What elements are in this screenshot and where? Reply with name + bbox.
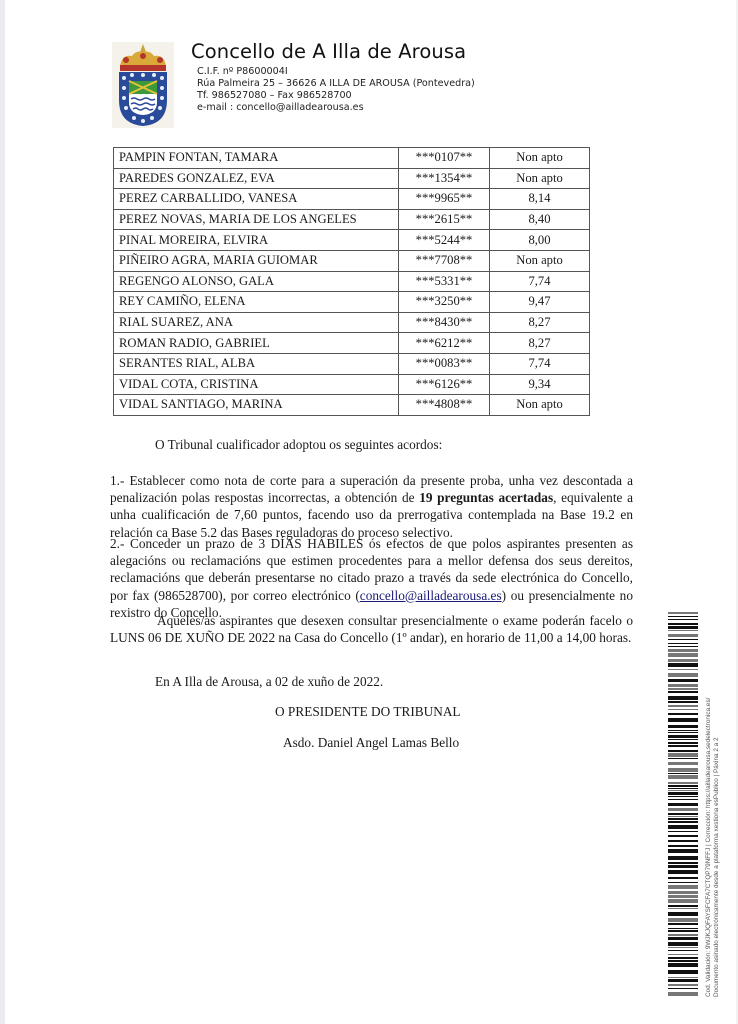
signer-title: O PRESIDENTE DO TRIBUNAL	[275, 704, 461, 720]
agreement-1: 1.- Establecer como nota de corte para a…	[110, 472, 633, 541]
table-row: VIDAL COTA, CRISTINA***6126**9,34	[114, 374, 590, 395]
table-row: SERANTES RIAL, ALBA***0083**7,74	[114, 353, 590, 374]
score-cell: 8,27	[490, 333, 590, 354]
table-row: PAREDES GONZALEZ, EVA***1354**Non apto	[114, 168, 590, 189]
results-table: PAMPIN FONTAN, TAMARA***0107**Non aptoPA…	[113, 147, 590, 416]
table-row: PEREZ NOVAS, MARIA DE LOS ANGELES***2615…	[114, 209, 590, 230]
table-row: VIDAL SANTIAGO, MARINA***4808**Non apto	[114, 395, 590, 416]
score-cell: 8,27	[490, 312, 590, 333]
validation-line-2: Documento asinado electrónicamente desde…	[713, 647, 721, 997]
score-cell: 8,40	[490, 209, 590, 230]
name-cell: PINAL MOREIRA, ELVIRA	[114, 230, 399, 251]
table-row: ROMAN RADIO, GABRIEL***6212**8,27	[114, 333, 590, 354]
dni-cell: ***9965**	[399, 189, 490, 210]
dni-cell: ***6126**	[399, 374, 490, 395]
org-cif: C.I.F. nº P8600004I	[197, 66, 475, 78]
name-cell: REGENGO ALONSO, GALA	[114, 271, 399, 292]
validation-text: Cod. Validación: 9WJKJQFAYSFCFA7CTQP79NF…	[705, 647, 721, 997]
dni-cell: ***1354**	[399, 168, 490, 189]
name-cell: VIDAL COTA, CRISTINA	[114, 374, 399, 395]
score-cell: 8,14	[490, 189, 590, 210]
coat-of-arms-icon	[112, 42, 174, 128]
name-cell: REY CAMIÑO, ELENA	[114, 292, 399, 313]
name-cell: VIDAL SANTIAGO, MARINA	[114, 395, 399, 416]
page-left-edge	[0, 0, 5, 1024]
score-cell: 9,47	[490, 292, 590, 313]
table-row: PAMPIN FONTAN, TAMARA***0107**Non apto	[114, 148, 590, 169]
table-row: RIAL SUAREZ, ANA***8430**8,27	[114, 312, 590, 333]
score-cell: 7,74	[490, 353, 590, 374]
score-cell: Non apto	[490, 168, 590, 189]
score-cell: Non apto	[490, 250, 590, 271]
table-row: PIÑEIRO AGRA, MARIA GUIOMAR***7708**Non …	[114, 250, 590, 271]
org-name: Concello de A Illa de Arousa	[191, 40, 466, 63]
dni-cell: ***4808**	[399, 395, 490, 416]
date-line: En A Illa de Arousa, a 02 de xuño de 202…	[155, 674, 383, 690]
consultation-note: Aqueles/as aspirantes que desexen consul…	[110, 612, 633, 646]
table-row: PINAL MOREIRA, ELVIRA***5244**8,00	[114, 230, 590, 251]
name-cell: PEREZ CARBALLIDO, VANESA	[114, 189, 399, 210]
table-row: PEREZ CARBALLIDO, VANESA***9965**8,14	[114, 189, 590, 210]
table-row: REY CAMIÑO, ELENA***3250**9,47	[114, 292, 590, 313]
dni-cell: ***3250**	[399, 292, 490, 313]
name-cell: PAMPIN FONTAN, TAMARA	[114, 148, 399, 169]
org-phone-fax: Tf. 986527080 – Fax 986528700	[197, 90, 475, 102]
score-cell: 7,74	[490, 271, 590, 292]
name-cell: PEREZ NOVAS, MARIA DE LOS ANGELES	[114, 209, 399, 230]
dni-cell: ***8430**	[399, 312, 490, 333]
dni-cell: ***0107**	[399, 148, 490, 169]
table-row: REGENGO ALONSO, GALA***5331**7,74	[114, 271, 590, 292]
name-cell: SERANTES RIAL, ALBA	[114, 353, 399, 374]
score-cell: 8,00	[490, 230, 590, 251]
score-cell: 9,34	[490, 374, 590, 395]
intro-text: O Tribunal cualificador adoptou os segui…	[155, 436, 442, 453]
org-contact-block: C.I.F. nº P8600004I Rúa Palmeira 25 – 36…	[197, 66, 475, 114]
score-cell: Non apto	[490, 148, 590, 169]
name-cell: PIÑEIRO AGRA, MARIA GUIOMAR	[114, 250, 399, 271]
dni-cell: ***0083**	[399, 353, 490, 374]
name-cell: ROMAN RADIO, GABRIEL	[114, 333, 399, 354]
org-address: Rúa Palmeira 25 – 36626 A ILLA DE AROUSA…	[197, 78, 475, 90]
dni-cell: ***5331**	[399, 271, 490, 292]
dni-cell: ***7708**	[399, 250, 490, 271]
email-link[interactable]: concello@ailladearousa.es	[360, 588, 502, 603]
results-table-body: PAMPIN FONTAN, TAMARA***0107**Non aptoPA…	[114, 148, 590, 416]
validation-line-1: Cod. Validación: 9WJKJQFAYSFCFA7CTQP79NF…	[705, 647, 713, 997]
name-cell: RIAL SUAREZ, ANA	[114, 312, 399, 333]
dni-cell: ***5244**	[399, 230, 490, 251]
agreement-1-bold: 19 preguntas acertadas	[419, 490, 553, 505]
agreement-2: 2.- Conceder un prazo de 3 DÍAS HÁBILES …	[110, 535, 633, 621]
signer-name: Asdo. Daniel Angel Lamas Bello	[283, 735, 459, 751]
score-cell: Non apto	[490, 395, 590, 416]
name-cell: PAREDES GONZALEZ, EVA	[114, 168, 399, 189]
barcode-icon	[668, 612, 698, 997]
dni-cell: ***6212**	[399, 333, 490, 354]
dni-cell: ***2615**	[399, 209, 490, 230]
org-email: e-mail : concello@ailladearousa.es	[197, 102, 475, 114]
